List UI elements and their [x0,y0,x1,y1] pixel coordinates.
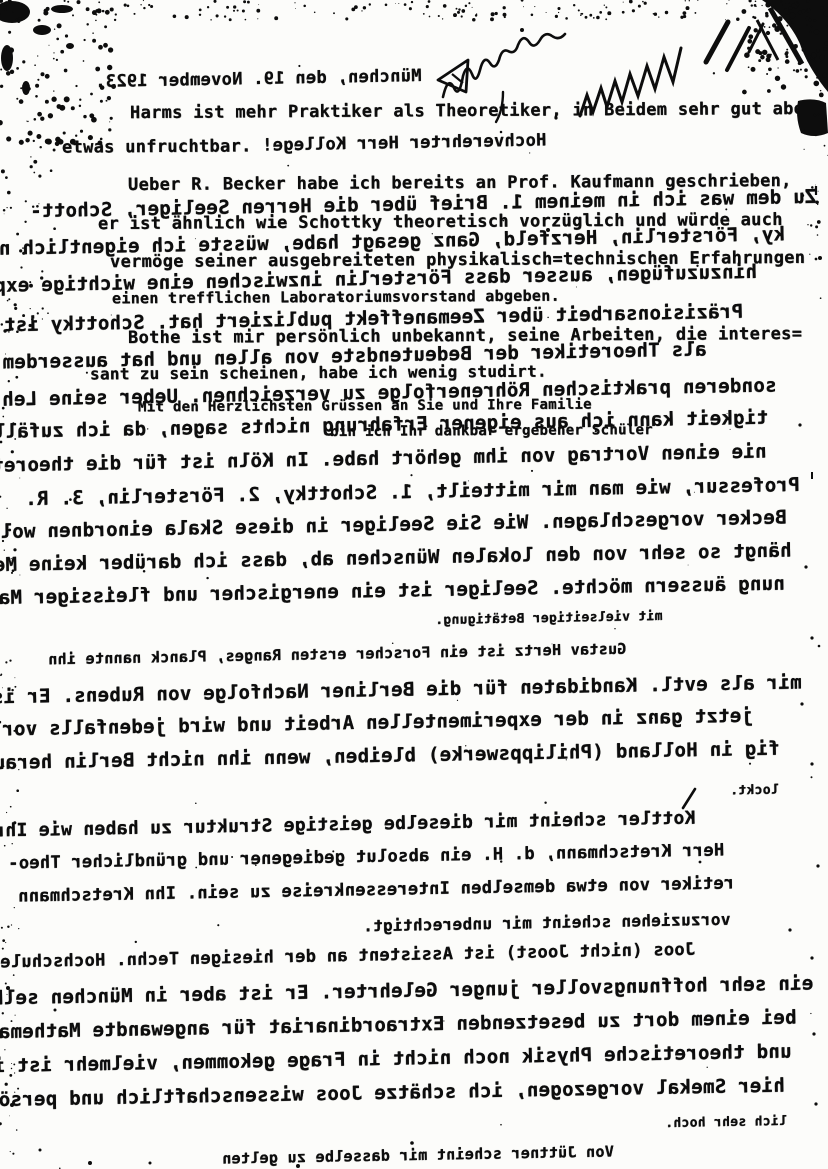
typewritten-line: etwas unfruchtbar. [62,138,252,156]
typewritten-line: Harms ist mehr Praktiker als Theoretiker… [130,101,815,122]
bleedthrough-mirrored-line: hier Smekal vorgezogen, ich schätze Joos… [0,1077,785,1111]
typewritten-line: einen trefflichen Laboratoriumsvorstand … [112,289,560,307]
bleedthrough-mirrored-line: ein sehr hoffnungsvoller junger Gelehrte… [0,974,814,1008]
bleedthrough-mirrored-line: Von Jüttner scheint mir dasselbe zu gelt… [222,1144,614,1166]
bleedthrough-mirrored-line: nie einen Vortrag von ihm gehört habe. I… [0,442,767,476]
bleedthrough-mirrored-line: jetzt ganz in der experimentellen Arbeit… [0,707,753,741]
ink-blob-top-right-corner [757,0,828,92]
bleedthrough-mirrored-line: retiker von etwa demselben Interessenkre… [18,875,735,905]
bleedthrough-mirrored-line: Joos (nicht Joost) ist Assistent an der … [0,942,695,972]
ink-blob-top-left-corner [0,1,74,95]
bleedthrough-mirrored-line: bei einem dort zu besetzenden Extraordin… [0,1008,797,1042]
bleedthrough-mirrored-line: München, den 19. November 1923. [95,68,422,91]
bleedthrough-mirrored-line: mit vielseitiger Betätigung. [435,610,663,627]
bleedthrough-mirrored-line: nung äussern möchte. Seeliger ist ein en… [0,575,785,609]
bleedthrough-mirrored-line: Professur, wie man mir mitteilt, 1. Scho… [25,476,800,509]
bleedthrough-mirrored-line: und theoretische Physik noch nicht in Fr… [0,1042,792,1076]
triangle-arrow-mark [438,60,468,92]
typewritten-line: bin ich Ihr dankbar ergebener Schüler [330,423,653,439]
slash-mark [683,789,695,808]
bleedthrough-mirrored-line: mir als evtl. Kandidaten für die Berline… [0,673,802,707]
bleedthrough-mirrored-line: vorzuziehen scheint mir unberechtigt. [363,912,731,935]
bleedthrough-mirrored-line: lich sehr hoch. [665,1115,787,1130]
bleedthrough-mirrored-line: Herr Kretschmann, d. H. ein absolut gedi… [8,842,725,872]
scanned-letter-page: München, den 19. November 1923.Harms ist… [0,0,828,1169]
bleedthrough-mirrored-line: Gustav Hertz ist ein Forscher ersten Ran… [48,642,627,668]
bleedthrough-mirrored-line: Kottler scheint mir dieselbe geistige St… [0,810,696,841]
bleedthrough-mirrored-line: fig in Holland (Philippswerke) bleiben, … [0,740,780,774]
bleedthrough-mirrored-line: lockt. [730,784,779,798]
bleedthrough-mirrored-line: Becker vorgeschlagen. Wie Sie Seeliger i… [0,508,787,542]
bleedthrough-mirrored-line: Hochverehrter Herr Kollege! [262,132,547,154]
bleedthrough-mirrored-line: hängt so sehr von den lokalen Wünschen a… [0,541,792,575]
